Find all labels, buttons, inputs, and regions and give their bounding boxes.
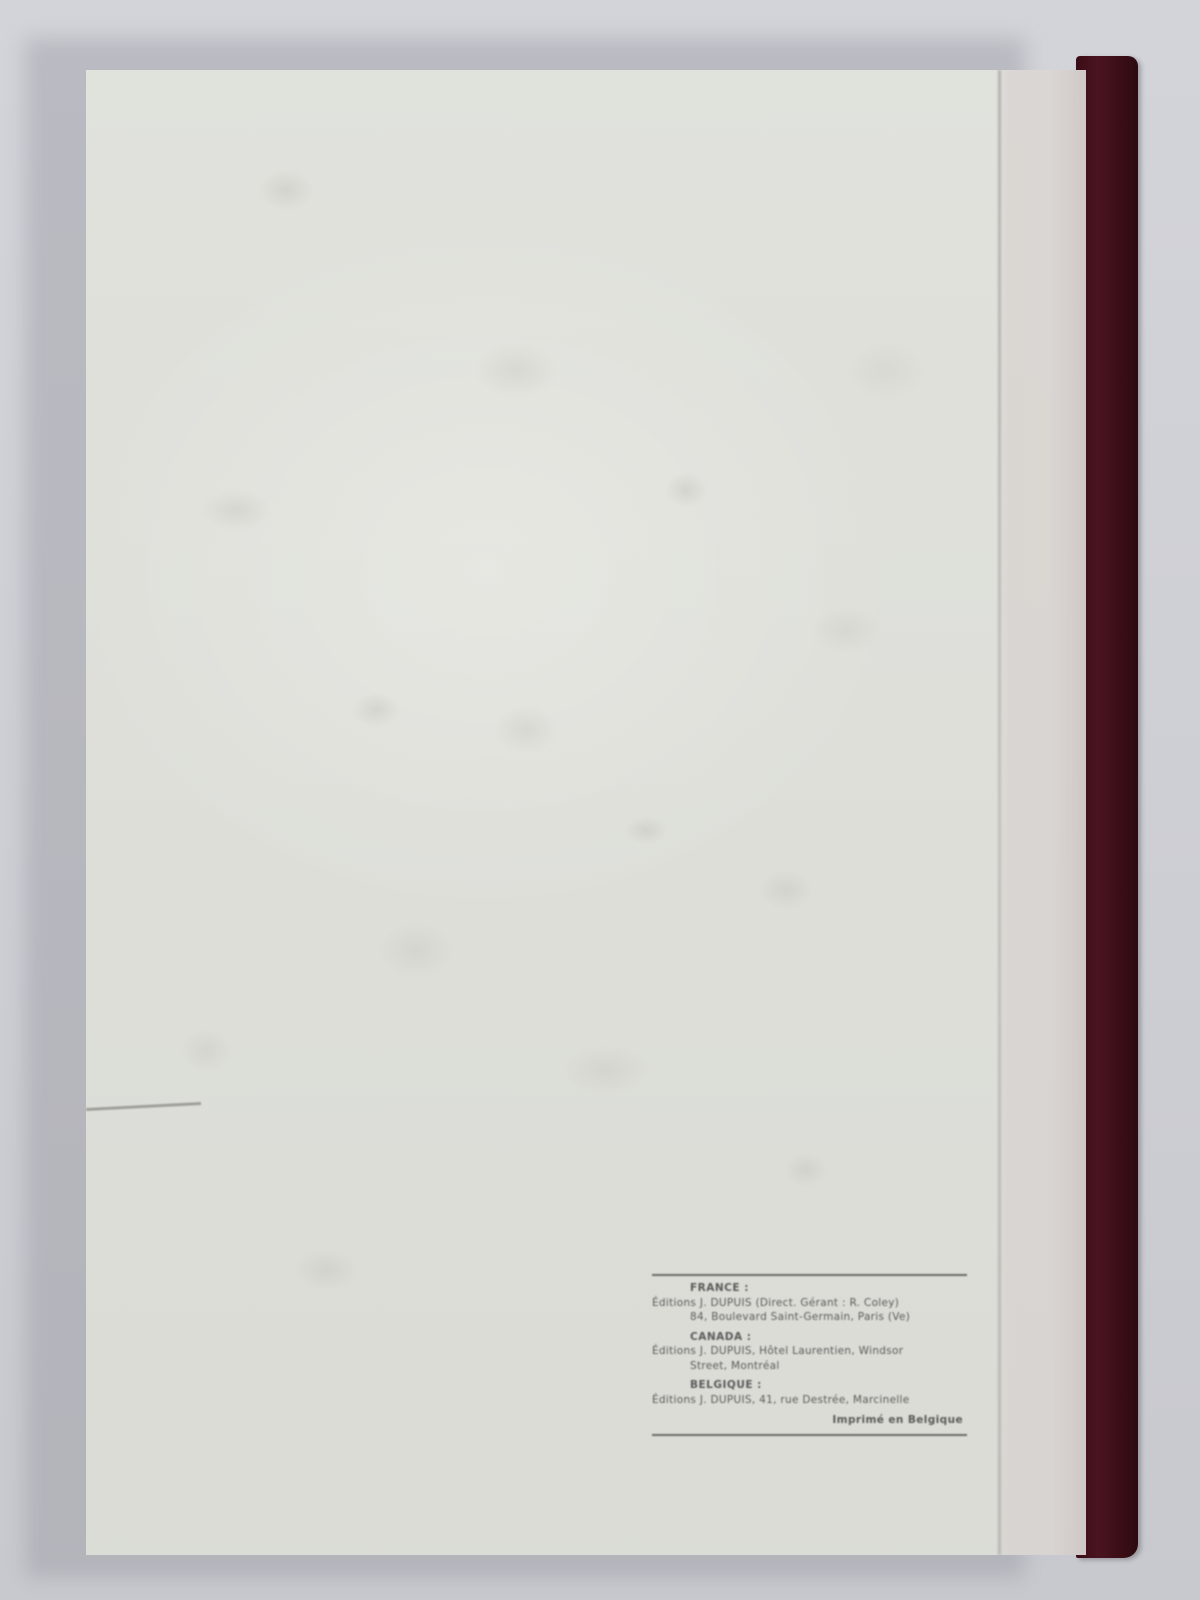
imprint-address-canada-line1: Éditions J. DUPUIS, Hôtel Laurentien, Wi… xyxy=(652,1344,967,1359)
imprint-address-belgique-line1: Éditions J. DUPUIS, 41, rue Destrée, Mar… xyxy=(652,1393,967,1408)
imprint-printed-in: Imprimé en Belgique xyxy=(652,1413,967,1428)
imprint-bottom-rule xyxy=(652,1434,967,1436)
imprint-country-canada: CANADA : xyxy=(652,1330,967,1345)
publisher-imprint-block: FRANCE : Éditions J. DUPUIS (Direct. Gér… xyxy=(652,1274,967,1436)
imprint-address-france-line2: 84, Boulevard Saint-Germain, Paris (Ve) xyxy=(652,1310,967,1325)
book-back-cover: FRANCE : Éditions J. DUPUIS (Direct. Gér… xyxy=(86,70,1086,1555)
cover-hinge-strip xyxy=(996,70,1086,1555)
imprint-address-canada-line2: Street, Montréal xyxy=(652,1359,967,1374)
imprint-top-rule xyxy=(652,1274,967,1276)
imprint-country-belgique: BELGIQUE : xyxy=(652,1378,967,1393)
imprint-country-france: FRANCE : xyxy=(652,1281,967,1296)
cover-hinge-line xyxy=(998,70,1001,1555)
imprint-address-france-line1: Éditions J. DUPUIS (Direct. Gérant : R. … xyxy=(652,1296,967,1311)
